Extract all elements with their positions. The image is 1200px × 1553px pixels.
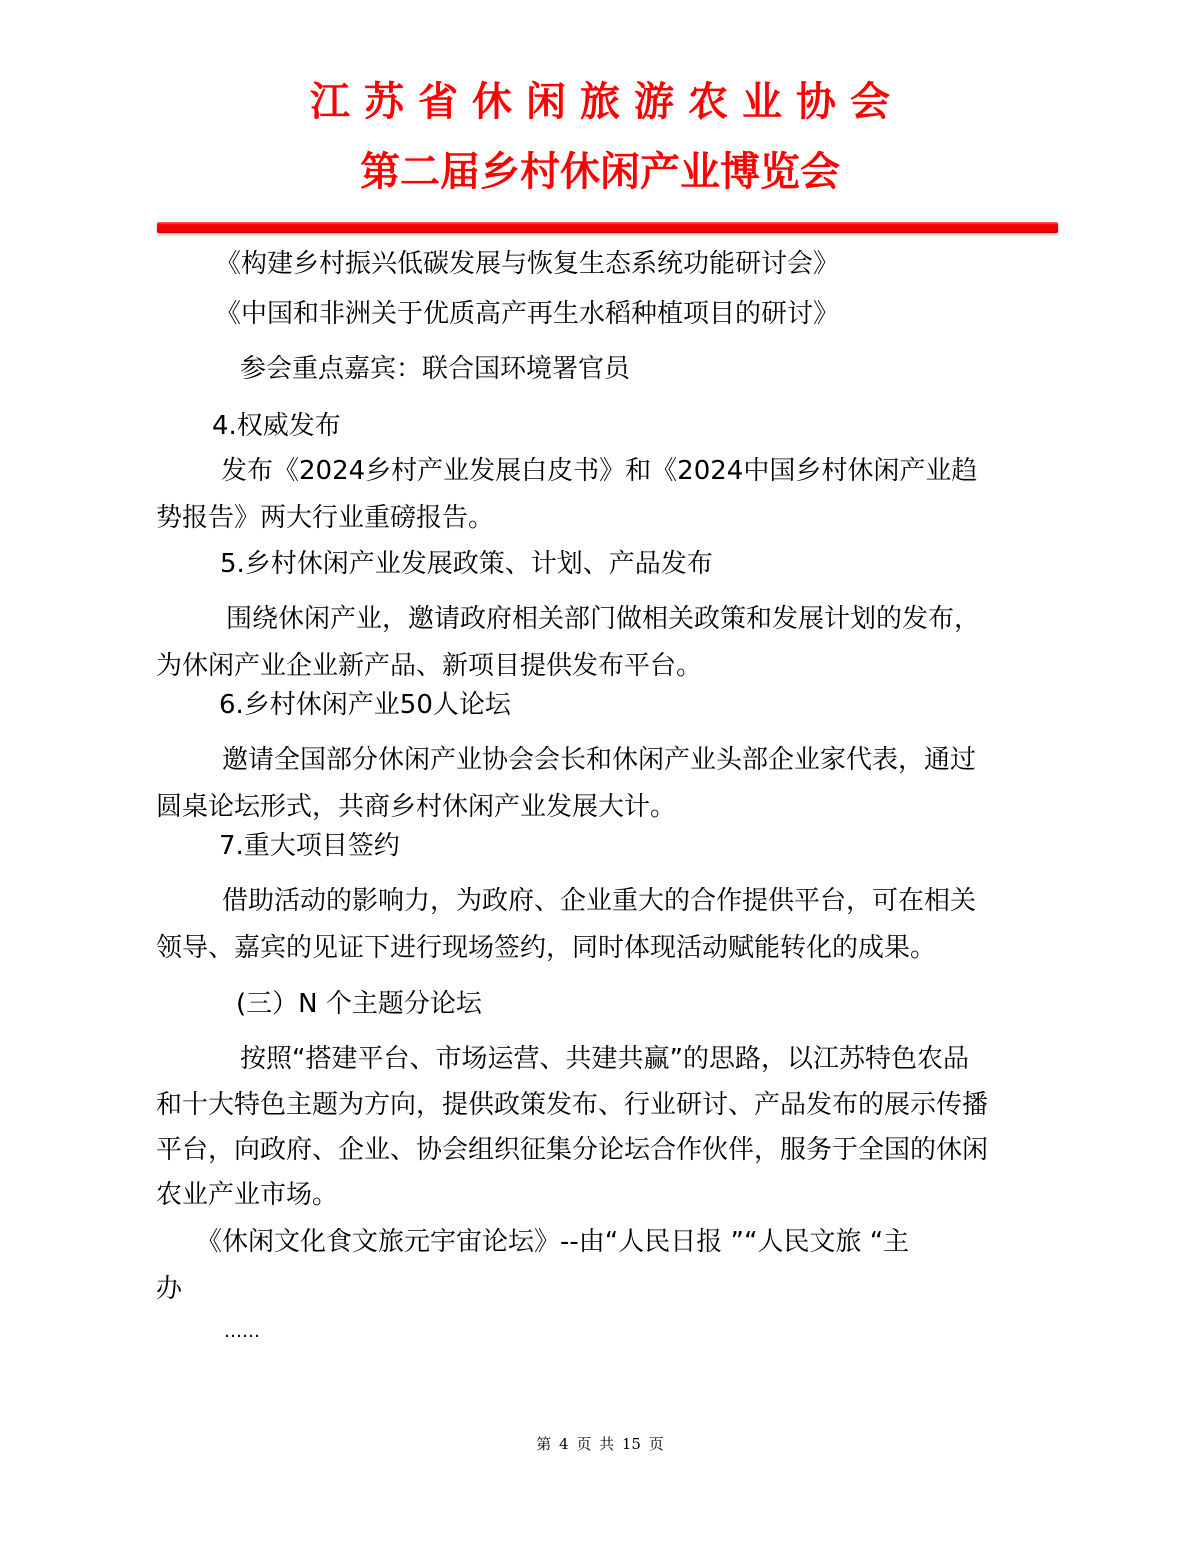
paragraph-forums-line-4: 农业产业市场。 <box>156 1178 338 1212</box>
section-heading-sub-forums: (三）N 个主题分论坛 <box>236 987 482 1021</box>
header-title-event: 第二届乡村休闲产业博览会 <box>0 142 1200 202</box>
paragraph-6-line-1: 邀请全国部分休闲产业协会会长和休闲产业头部企业家代表，通过 <box>222 743 976 777</box>
paragraph-4-line-1: 发布《2024乡村产业发展白皮书》和《2024中国乡村休闲产业趋 <box>221 454 977 488</box>
ellipsis-continuation: …… <box>224 1315 260 1349</box>
paragraph-4-line-2: 势报告》两大行业重磅报告。 <box>156 501 494 535</box>
key-guest-line: 参会重点嘉宾：联合国环境署官员 <box>240 352 630 386</box>
metaverse-forum-line-2: 办 <box>156 1272 182 1306</box>
section-heading-4: 4.权威发布 <box>212 409 341 443</box>
page-number-footer: 第 4 页 共 15 页 <box>0 1434 1200 1454</box>
section-heading-5: 5.乡村休闲产业发展政策、计划、产品发布 <box>220 547 713 581</box>
seminar-title-low-carbon: 《构建乡村振兴低碳发展与恢复生态系统功能研讨会》 <box>215 247 839 281</box>
paragraph-5-line-1: 围绕休闲产业，邀请政府相关部门做相关政策和发展计划的发布， <box>226 602 980 636</box>
paragraph-6-line-2: 圆桌论坛形式，共商乡村休闲产业发展大计。 <box>156 790 676 824</box>
header-title-organization: 江苏省休闲旅游农业协会 <box>0 72 1200 132</box>
seminar-title-rice-project: 《中国和非洲关于优质高产再生水稻种植项目的研讨》 <box>215 297 839 331</box>
paragraph-7-line-2: 领导、嘉宾的见证下进行现场签约，同时体现活动赋能转化的成果。 <box>156 931 936 965</box>
section-heading-6: 6.乡村休闲产业50人论坛 <box>219 688 511 722</box>
metaverse-forum-line-1: 《休闲文化食文旅元宇宙论坛》--由“人民日报 ”“人民文旅 “主 <box>196 1225 909 1259</box>
document-page: 江苏省休闲旅游农业协会 第二届乡村休闲产业博览会 《构建乡村振兴低碳发展与恢复生… <box>0 0 1200 1553</box>
paragraph-forums-line-2: 和十大特色主题为方向，提供政策发布、行业研讨、产品发布的展示传播 <box>156 1088 988 1122</box>
section-heading-7: 7.重大项目签约 <box>219 829 400 863</box>
paragraph-7-line-1: 借助活动的影响力，为政府、企业重大的合作提供平台，可在相关 <box>222 884 976 918</box>
header-divider-rule <box>157 222 1058 233</box>
paragraph-forums-line-3: 平台，向政府、企业、协会组织征集分论坛合作伙伴，服务于全国的休闲 <box>156 1133 988 1167</box>
paragraph-5-line-2: 为休闲产业企业新产品、新项目提供发布平台。 <box>156 649 702 683</box>
paragraph-forums-line-1: 按照“搭建平台、市场运营、共建共赢”的思路，以江苏特色农品 <box>240 1042 969 1076</box>
